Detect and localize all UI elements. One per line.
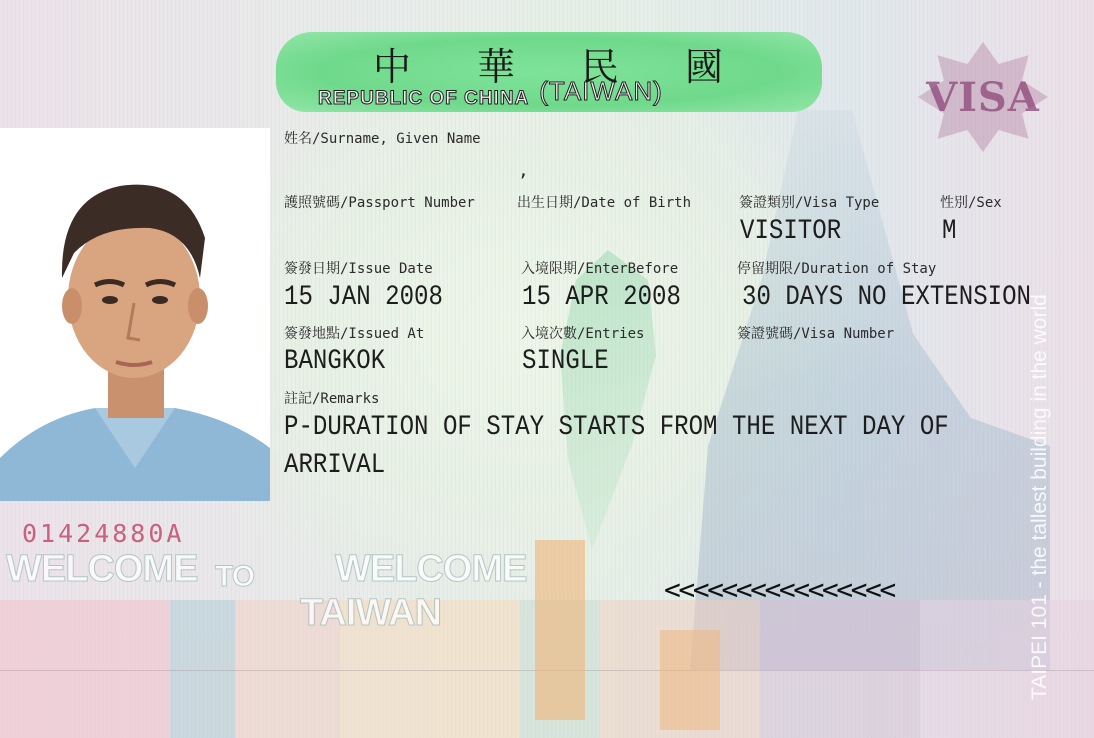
visa-type-label: 簽證類別/Visa Type (739, 192, 879, 212)
visa-type-value: VISITOR (740, 216, 841, 247)
enter-before-value: 15 APR 2008 (522, 282, 681, 313)
watermark-taiwan: TAIWAN (300, 592, 441, 635)
portrait-icon (0, 128, 270, 501)
visa-number-label: 簽證號碼/Visa Number (737, 323, 894, 343)
sex-value: M (942, 216, 956, 247)
entries-value: SINGLE (522, 346, 609, 377)
decorative-band (535, 540, 585, 720)
passport-number-label: 護照號碼/Passport Number (284, 192, 475, 212)
watermark-to: TO (215, 560, 254, 594)
name-label: 姓名/Surname, Given Name (284, 128, 481, 148)
remarks-label: 註記/Remarks (284, 388, 379, 408)
issued-at-value: BANGKOK (284, 346, 385, 377)
country-banner: 中 華 民 國 REPUBLIC OF CHINA(TAIWAN) (276, 32, 822, 112)
machine-readable-zone: <<<<<<<<<<<<<<<< (664, 573, 894, 606)
serial-number: 01424880A (22, 519, 184, 548)
watermark-welcome: WELCOME (335, 548, 526, 591)
duration-label: 停留期限/Duration of Stay (737, 258, 936, 278)
vertical-caption: TAIPEI 101 - the tallest building in the… (1028, 160, 1052, 700)
visa-sticker: 中 華 民 國 REPUBLIC OF CHINA(TAIWAN) VISA (0, 0, 1094, 738)
country-en: REPUBLIC OF CHINA (318, 88, 529, 109)
remarks-line2: ARRIVAL (284, 450, 385, 481)
seal-text: VISA (918, 74, 1048, 121)
enter-before-label: 入境限期/EnterBefore (521, 258, 678, 278)
cn-char: 國 (685, 36, 725, 91)
decorative-band (660, 630, 720, 730)
visa-seal-icon: VISA (918, 42, 1048, 152)
issue-date-label: 簽發日期/Issue Date (284, 258, 433, 278)
country-name-english: REPUBLIC OF CHINA(TAIWAN) (318, 80, 663, 111)
holder-photo (0, 128, 270, 501)
name-value: , (518, 160, 529, 181)
duration-value: 30 DAYS NO EXTENSION (742, 282, 1031, 313)
country-paren: (TAIWAN) (539, 76, 663, 106)
watermark-welcome: WELCOME (6, 548, 197, 591)
remarks-line1: P-DURATION OF STAY STARTS FROM THE NEXT … (284, 412, 949, 443)
sex-label: 性別/Sex (940, 192, 1002, 212)
issued-at-label: 簽發地點/Issued At (284, 323, 424, 343)
issue-date-value: 15 JAN 2008 (284, 282, 443, 313)
date-of-birth-label: 出生日期/Date of Birth (517, 192, 691, 212)
entries-label: 入境次數/Entries (521, 323, 644, 343)
